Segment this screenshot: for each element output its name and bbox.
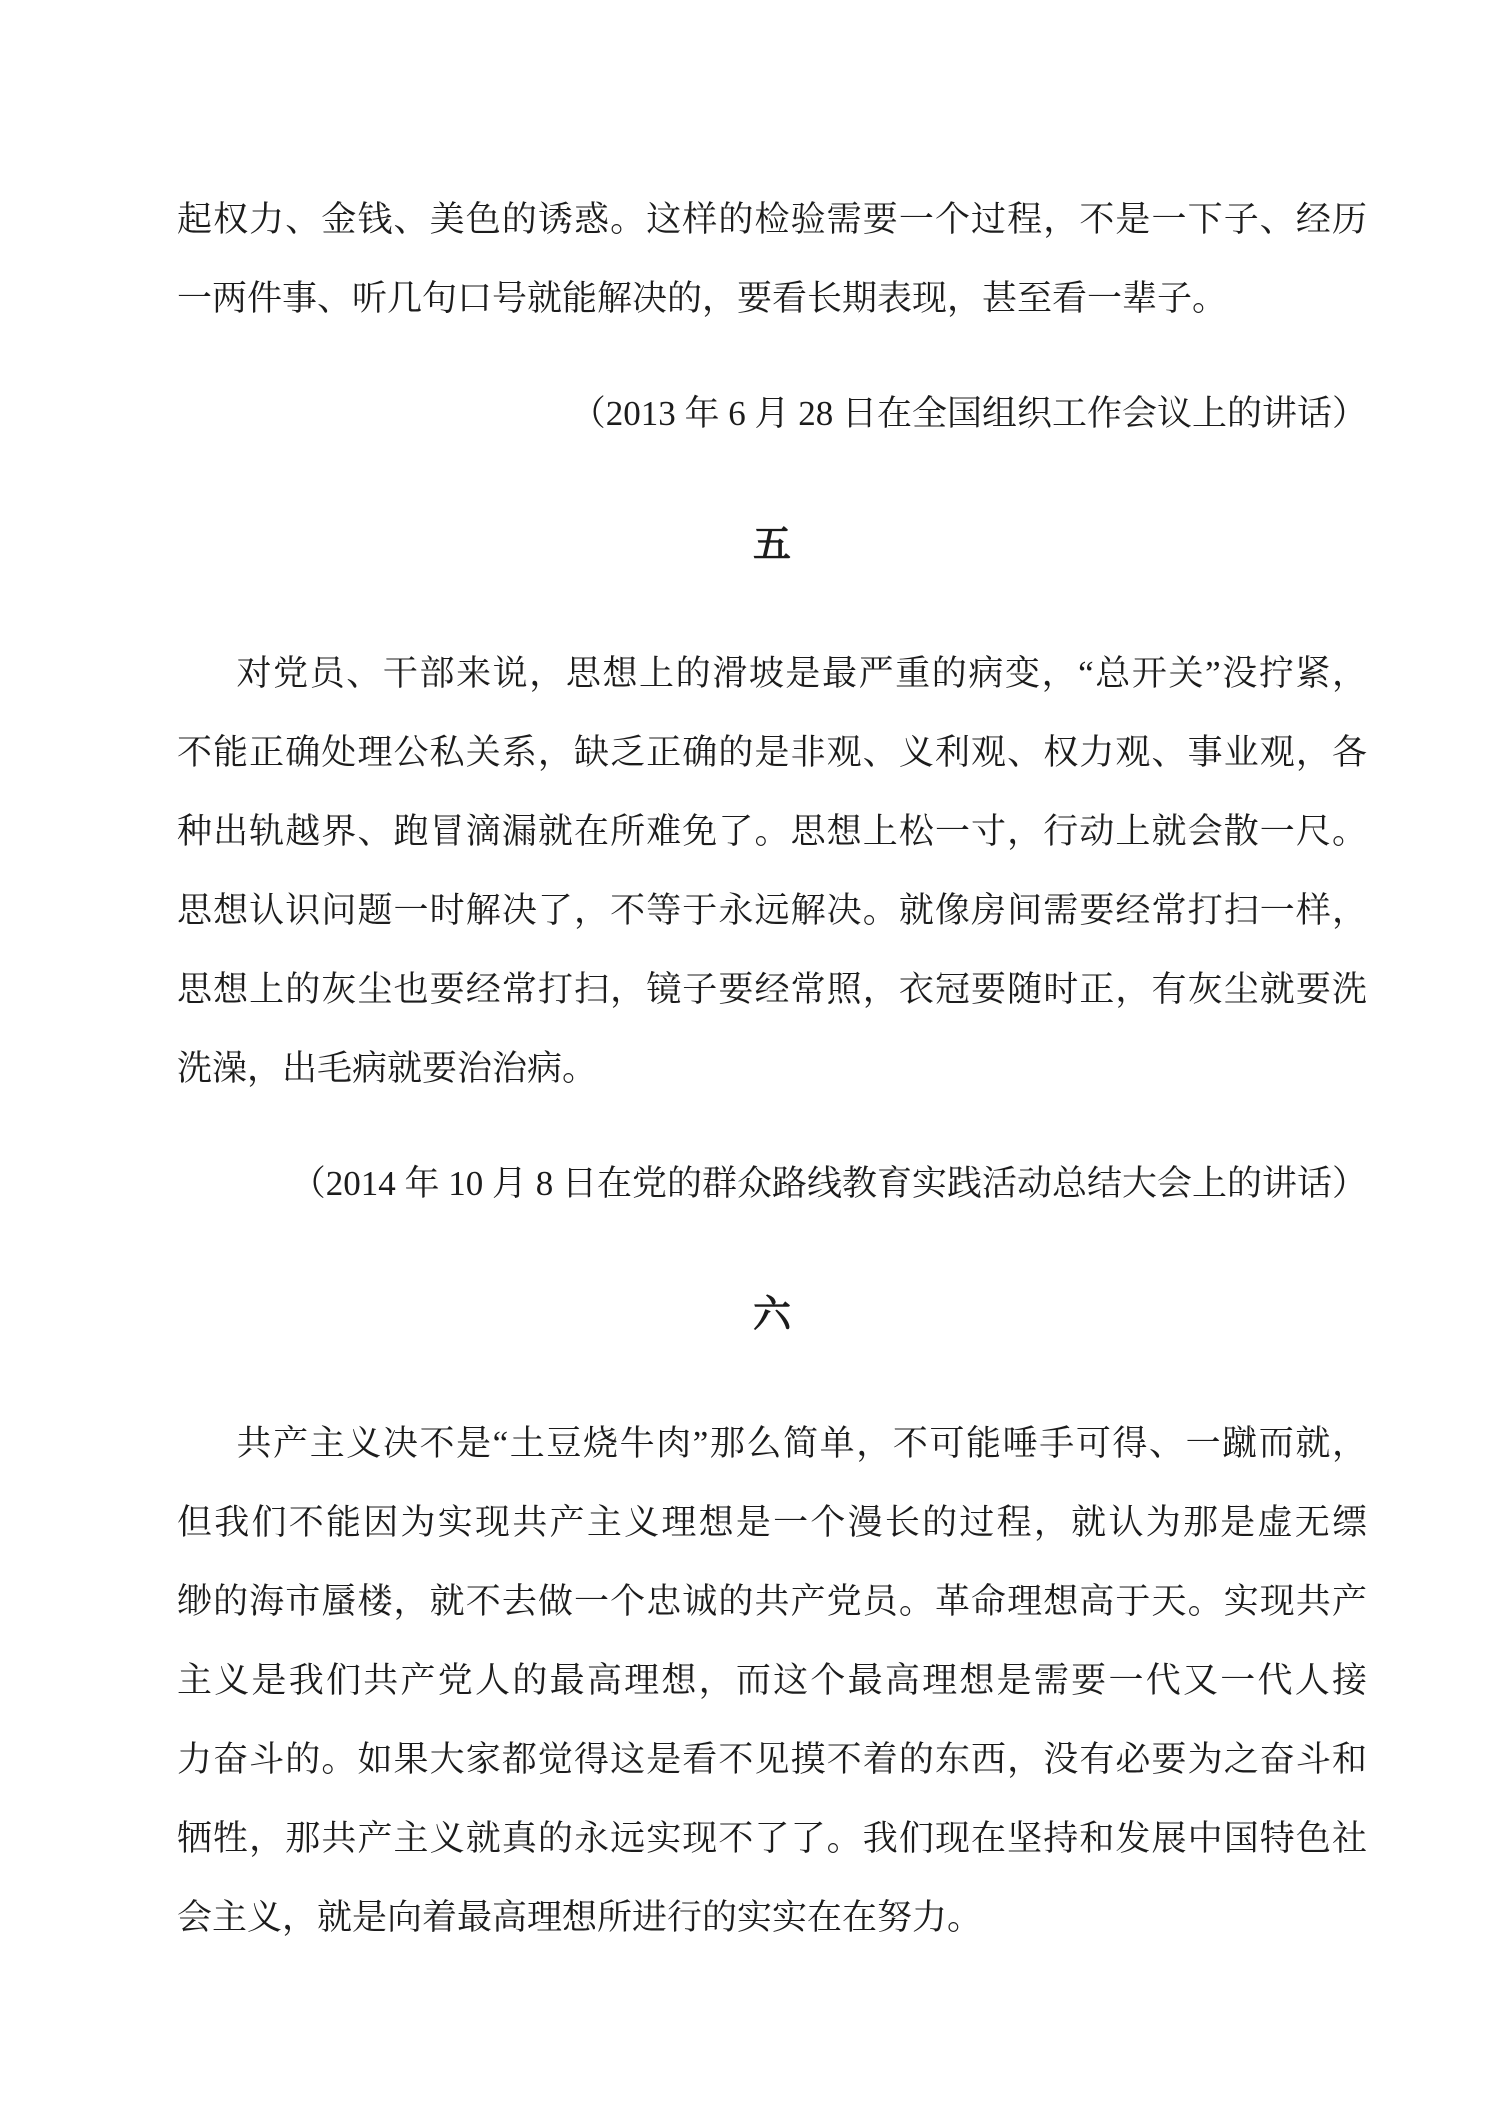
- body-line: 思想认识问题一时解决了，不等于永远解决。就像房间需要经常打扫一样，: [177, 871, 1367, 950]
- section-heading-five: 五: [177, 506, 1367, 585]
- body-line: 牺牲，那共产主义就真的永远实现不了了。我们现在坚持和发展中国特色社: [177, 1799, 1367, 1878]
- speech-citation-2013: （2013 年 6 月 28 日在全国组织工作会议上的讲话）: [177, 374, 1367, 453]
- continuation-paragraph: 起权力、金钱、美色的诱惑。这样的检验需要一个过程，不是一下子、经历 一两件事、听…: [177, 180, 1367, 338]
- body-line: 对党员、干部来说，思想上的滑坡是最严重的病变，“总开关”没拧紧，: [177, 634, 1367, 713]
- body-line: 共产主义决不是“土豆烧牛肉”那么简单，不可能唾手可得、一蹴而就，: [177, 1404, 1367, 1483]
- body-line: 起权力、金钱、美色的诱惑。这样的检验需要一个过程，不是一下子、经历: [177, 180, 1367, 259]
- body-line: 主义是我们共产党人的最高理想，而这个最高理想是需要一代又一代人接: [177, 1641, 1367, 1720]
- body-line: 但我们不能因为实现共产主义理想是一个漫长的过程，就认为那是虚无缥: [177, 1483, 1367, 1562]
- body-line: 思想上的灰尘也要经常打扫，镜子要经常照，衣冠要随时正，有灰尘就要洗: [177, 950, 1367, 1029]
- body-line: 种出轨越界、跑冒滴漏就在所难免了。思想上松一寸，行动上就会散一尺。: [177, 792, 1367, 871]
- body-line: 一两件事、听几句口号就能解决的，要看长期表现，甚至看一辈子。: [177, 259, 1367, 338]
- document-page: 起权力、金钱、美色的诱惑。这样的检验需要一个过程，不是一下子、经历 一两件事、听…: [0, 0, 1499, 2121]
- body-line: 会主义，就是向着最高理想所进行的实实在在努力。: [177, 1878, 1367, 1957]
- section-six-paragraph: 共产主义决不是“土豆烧牛肉”那么简单，不可能唾手可得、一蹴而就， 但我们不能因为…: [177, 1404, 1367, 1957]
- body-line: 不能正确处理公私关系，缺乏正确的是非观、义利观、权力观、事业观，各: [177, 713, 1367, 792]
- section-five-paragraph: 对党员、干部来说，思想上的滑坡是最严重的病变，“总开关”没拧紧， 不能正确处理公…: [177, 634, 1367, 1108]
- body-line: 缈的海市蜃楼，就不去做一个忠诚的共产党员。革命理想高于天。实现共产: [177, 1562, 1367, 1641]
- section-heading-six: 六: [177, 1276, 1367, 1355]
- body-line: 洗澡，出毛病就要治治病。: [177, 1029, 1367, 1108]
- speech-citation-2014: （2014 年 10 月 8 日在党的群众路线教育实践活动总结大会上的讲话）: [177, 1144, 1367, 1223]
- body-line: 力奋斗的。如果大家都觉得这是看不见摸不着的东西，没有必要为之奋斗和: [177, 1720, 1367, 1799]
